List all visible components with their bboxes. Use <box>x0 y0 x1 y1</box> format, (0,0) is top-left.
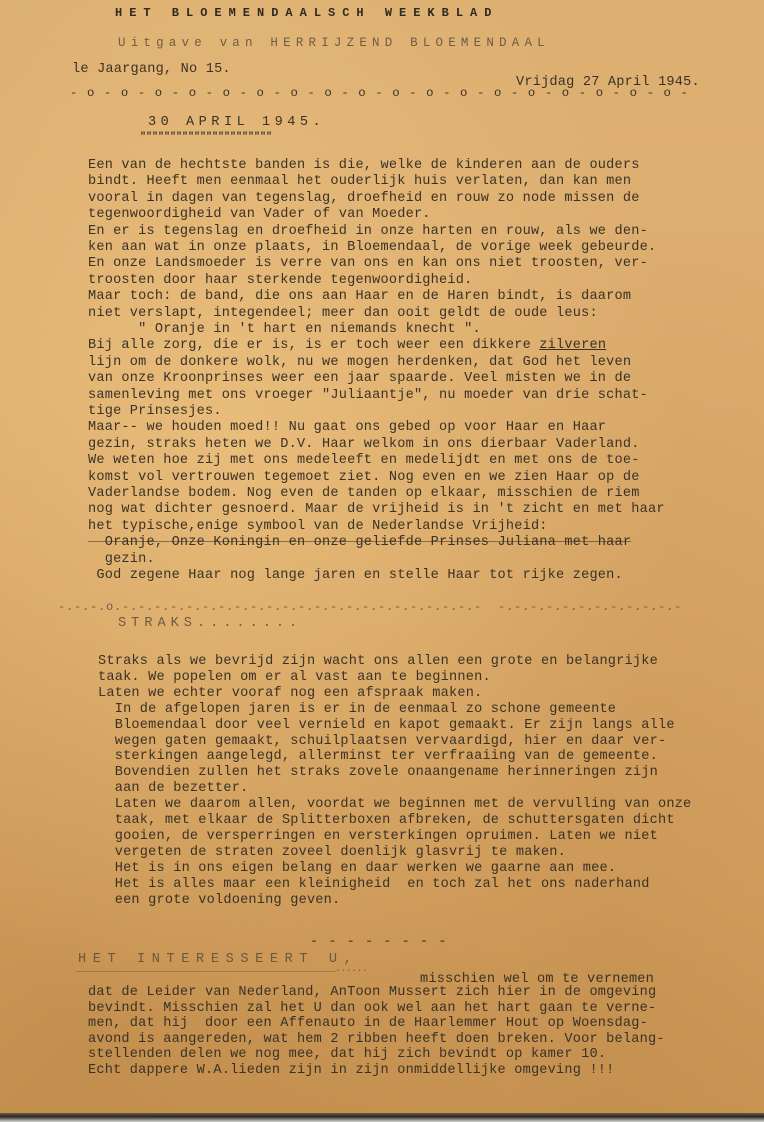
text-line: ken aan wat in onze plaats, in Bloemenda… <box>88 240 656 255</box>
lead-divider: ________________________________________… <box>76 962 368 977</box>
article-heading-straks: STRAKS........ <box>118 616 302 631</box>
text-line: taak. We popelen om er al vast aan te be… <box>98 670 491 685</box>
text-line: vergeten de straten zoveel doenlijk glas… <box>98 845 566 860</box>
text-line: sterkingen aangelegd, allerminst ter ver… <box>98 749 658 764</box>
text-line: gezin. <box>88 552 155 567</box>
text-line: " Oranje in 't hart en niemands knecht "… <box>88 322 481 337</box>
header-divider: - o - o - o - o - o - o - o - o - o - o … <box>70 86 689 101</box>
text-line: We weten hoe zij met ons medeleeft en me… <box>88 453 640 468</box>
straks-divider: -.-.-.o.-.-.-.-.-.-.-.-.-.-.-.-.-.-.-.-.… <box>58 600 682 615</box>
text-line: gooien, de versperringen en versterkinge… <box>98 829 658 844</box>
text-line: wegen gaten gemaakt, schuilplaatsen verv… <box>98 734 666 749</box>
volume-number: le Jaargang, No 15. <box>72 62 231 77</box>
text-line: En er is tegenslag en droefheid in onze … <box>88 224 648 239</box>
text-line: Laten we echter vooraf nog een afspraak … <box>98 686 482 701</box>
text-line: samenleving met ons vroeger "Juliaantje"… <box>88 388 648 403</box>
heading-underline: """""""""""""""""""""" <box>140 130 272 145</box>
text-line: In de afgelopen jaren is er in de eenmaa… <box>98 702 616 717</box>
text-line: En onze Landsmoeder is verre van ons en … <box>88 256 648 271</box>
text-line: lijn om de donkere wolk, nu we mogen her… <box>88 355 631 370</box>
text-line: tegenwoordigheid van Vader of van Moeder… <box>88 207 431 222</box>
text-line: Maar-- we houden moed!! Nu gaat ons gebe… <box>88 420 606 435</box>
text-line: Het is in ons eigen belang en daar werke… <box>98 861 616 876</box>
text-line: gezin, straks heten we D.V. Haar welkom … <box>88 437 640 452</box>
interesseert-top-divider: - - - - - - - - <box>310 935 447 950</box>
text-line: komst vol vertrouwen tegemoet ziet. Nog … <box>88 470 640 485</box>
text-line: dat de Leider van Nederland, AnToon Muss… <box>88 985 656 1000</box>
paper-bottom-edge <box>0 1113 764 1122</box>
text-line: vooral in dagen van tegenslag, droefheid… <box>88 191 640 206</box>
text-line: Bij alle zorg, die er is, is er toch wee… <box>88 338 606 353</box>
text-line: tige Prinsesjes. <box>88 404 222 419</box>
text-line: Een van de hechtste banden is die, welke… <box>88 158 640 173</box>
underlined-word: zilveren <box>539 338 606 353</box>
article-heading-30-april: 30 APRIL 1945. <box>148 115 325 130</box>
text-line: Echt dappere W.A.lieden zijn in zijn onm… <box>88 1063 615 1078</box>
text-line: nog wat dichter gesnoerd. Maar de vrijhe… <box>88 502 665 517</box>
text-line: niet verslapt, integendeel; meer dan ooi… <box>88 306 598 321</box>
text-line: troosten door haar sterkende tegenwoordi… <box>88 273 472 288</box>
text-line: God zegene Haar nog lange jaren en stell… <box>88 568 623 583</box>
text-line: taak, met elkaar de Splitterboxen afbrek… <box>98 813 675 828</box>
text-line: Bovendien zullen het straks zovele onaan… <box>98 765 658 780</box>
masthead: HET BLOEMENDAALSCH WEEKBLAD <box>115 6 498 21</box>
text-line: Vaderlandse bodem. Nog even de tanden op… <box>88 486 640 501</box>
text-line: bevindt. Misschien zal het U dan ook wel… <box>88 1001 656 1016</box>
text-line: bindt. Heeft men eenmaal het ouderlijk h… <box>88 174 631 189</box>
text-line: van onze Kroonprinses weer een jaar spaa… <box>88 371 631 386</box>
publisher-line: Uitgave van HERRIJZEND BLOEMENDAAL <box>118 36 550 51</box>
typewritten-newsletter-page: HET BLOEMENDAALSCH WEEKBLAD Uitgave van … <box>0 0 764 1116</box>
text-line: Het is alles maar een kleinigheid en toc… <box>98 877 650 892</box>
text-line: het typische,enige symbool van de Nederl… <box>88 519 548 534</box>
text-line: Straks als we bevrijd zijn wacht ons all… <box>98 654 658 669</box>
text-line: Laten we daarom allen, voordat we beginn… <box>98 797 691 812</box>
text-line: aan de bezetter. <box>98 781 248 796</box>
text-line: stellenden delen we nog mee, dat hij zic… <box>88 1047 606 1062</box>
text-line: Bloemendaal door veel vernield en kapot … <box>98 718 675 733</box>
text-line: Oranje, Onze Koningin en onze geliefde P… <box>88 535 631 550</box>
text-line: een grote voldoening geven. <box>98 893 340 908</box>
text-line: men, dat hij door een Affenauto in de Ha… <box>88 1016 648 1031</box>
text-line: Maar toch: de band, die ons aan Haar en … <box>88 289 631 304</box>
text-line: avond is aangereden, wat hem 2 ribben he… <box>88 1032 665 1047</box>
